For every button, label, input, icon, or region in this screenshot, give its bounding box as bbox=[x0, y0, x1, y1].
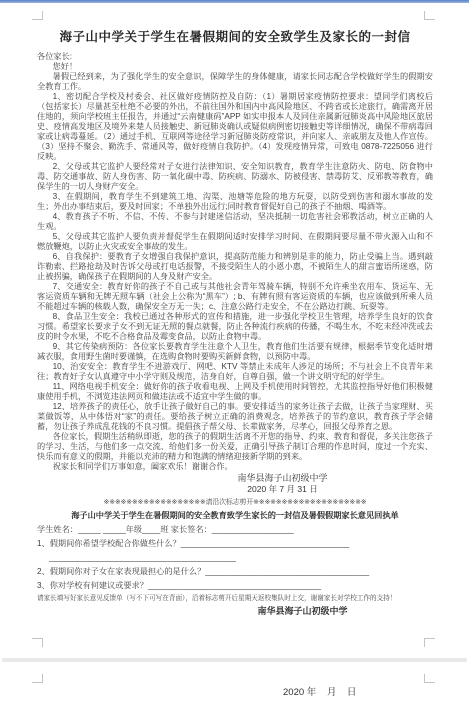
cut-along-line: ※※※※※※※※※※※※※※※※※※请沿次标志剪开※※※※※※※※※※※※※※※… bbox=[37, 498, 433, 507]
letter-paragraph: 3、在假期间，教育学生不到建筑工地、沟渠、池塘等危险的地方玩耍，以防受到伤害和溺… bbox=[37, 192, 433, 212]
reply-slip-question-2: 2、假期间你对子女在家表现最担心的是什么？___________________… bbox=[37, 567, 433, 577]
reply-slip-school: 南华县海子山初级中学 bbox=[37, 605, 433, 617]
letter-paragraph: 12、培养孩子的责任心，放手让孩子做好自己的事。要安排适当的家务让孩子去做，让孩… bbox=[37, 402, 433, 432]
reply-slip-student-line: 学生姓名：_____ _____年级____班 家长签名：___________… bbox=[37, 525, 433, 535]
reply-slip-question-1: 1、假期间你希望学校配合你做些什么？______________________… bbox=[37, 539, 433, 549]
letter-paragraph: 5、父母或其它监护人要负责并督促学生在假期间适时安排学习时间、在假期间要尽量不带… bbox=[37, 232, 433, 252]
document-page-1: 海子山中学关于学生在暑假期间的安全致学生及家长的一封信 各位家长: 您好！ 暑假… bbox=[0, 3, 469, 617]
page-separator bbox=[2, 658, 467, 662]
letter-paragraph: 4、教育孩子不听、不信、不传、不参与封建迷信活动，坚决抵制一切危害社会邪教活动，… bbox=[37, 212, 433, 232]
reply-slip-question-3: 3、你对学校有何建议或要求？__________________________… bbox=[37, 581, 433, 591]
letter-paragraph: 1、密切配合学校及村委会、社区做好疫情防控及自防：（1）暑期居家疫情防控要求：望… bbox=[37, 92, 433, 162]
greeting: 您好！ bbox=[37, 62, 433, 72]
letter-paragraph: 2、父母或其它监护人要经常对子女进行法律知识、安全知识教育，教育学生注意防火、防… bbox=[37, 162, 433, 192]
reply-slip-question-1-continuation: ________________________________________… bbox=[37, 553, 433, 563]
letter-paragraph: 6、自我保护：要教育子女增强自我保护意识，提高防范能力和辨别是非的能力，防止受骗… bbox=[37, 252, 433, 282]
letter-paragraph: 9、其它传染病预防：各位家长要教育学生注意个人卫生，教育他们生活要有规律，根据季… bbox=[37, 342, 433, 362]
reply-slip-note: 请家长填写好家长意见反馈单（写不下可写在背面），沿着标志剪开后星期天返校集队时上… bbox=[37, 594, 433, 603]
page-title: 海子山中学关于学生在暑假期间的安全致学生及家长的一封信 bbox=[37, 27, 433, 45]
crop-mark-page2-top-right bbox=[424, 674, 435, 683]
page2-date-line: 2020 年 月 日 bbox=[283, 684, 356, 698]
letter-paragraph: 8、食品卫生安全：我校已通过各种形式的宣传和措施，进一步强化学校卫生管理，培养学… bbox=[37, 312, 433, 342]
reply-slip-title: 海子山中学关于学生在暑假期间的安全教育致学生家长的一封信及暑假假期家长意见回执单 bbox=[37, 510, 433, 521]
letter-paragraph: 10、治安安全：教育学生不进游戏厅、网吧、KTV 等禁止未成年人涉足的场所；不与… bbox=[37, 362, 433, 382]
signature-date: 2020 年 7 月 31 日 bbox=[132, 484, 433, 495]
crop-mark-bottom-right bbox=[424, 638, 435, 647]
signature-block: 南华县海子山初级中学 2020 年 7 月 31 日 bbox=[37, 473, 433, 495]
letter-paragraph: 暑假已经到来，为了强化学生的安全意识，保障学生的身体健康，请家长同志配合学校做好… bbox=[37, 72, 433, 92]
letter-paragraph: 祝家长和同学们万事如意，阖家欢乐！谢谢合作。 bbox=[37, 462, 433, 472]
crop-mark-page2-top-left bbox=[32, 674, 43, 683]
crop-mark-bottom-left bbox=[32, 638, 43, 647]
letter-paragraph: 各位家长，假期生活稍纵即逝，您的孩子的假期生活离不开您的指导、约束、教育和督促，… bbox=[37, 432, 433, 462]
salutation: 各位家长: bbox=[37, 52, 433, 62]
letter-paragraph: 7、交通安全：教育好你的孩子不自己或与其他社会青年驾骑车辆，特别不允许乘坐农用车… bbox=[37, 282, 433, 312]
letter-paragraph: 11、网络电视手机安全：做好你的孩子收看电视、上网及手机使用时间管控，尤其监控指… bbox=[37, 382, 433, 402]
signature-school: 南华县海子山初级中学 bbox=[132, 473, 433, 484]
